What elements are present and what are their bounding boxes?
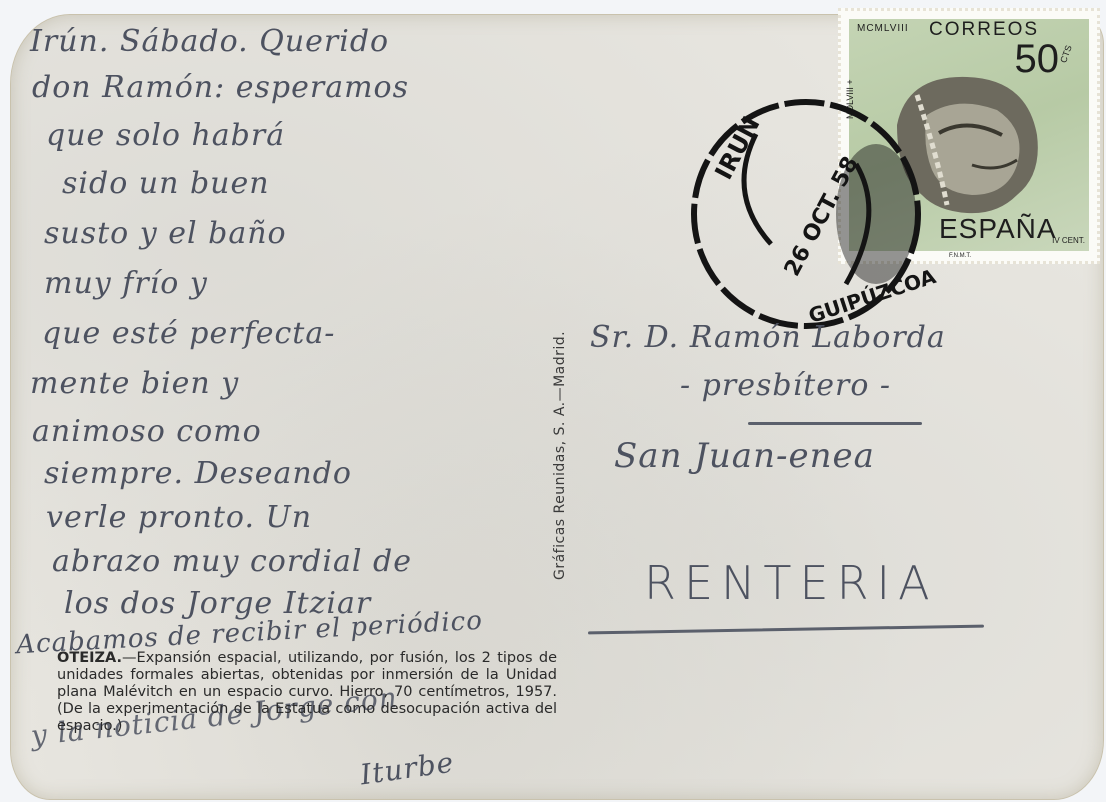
message-line: muy frío y [44,266,208,301]
caption-text: —Expansión espacial, utilizando, por fus… [57,650,557,734]
message-line: animoso como [32,414,262,449]
stamp-cent: IV CENT. [1052,236,1085,245]
address-house: San Juan-enea [614,436,875,476]
stamp-printer: F.N.M.T. [949,253,971,259]
artwork-caption: OTEIZA.—Expansión espacial, utilizando, … [57,650,557,735]
message-line: siempre. Deseando [44,456,352,491]
message-line: don Ramón: esperamos [32,70,409,105]
message-line: mente bien y [30,366,239,401]
message-line: sido un buen [62,166,270,201]
message-line: que solo habrá [46,118,285,153]
caption-lead: OTEIZA. [57,650,122,666]
address-underline [748,422,922,425]
printer-credit: Gráficas Reunidas, S. A.—Madrid. [552,331,568,580]
stamp-year: MCMLVIII [857,23,909,34]
stamp-country: ESPAÑA [939,213,1057,245]
message-line: que esté perfecta- [42,316,335,351]
address-city: RENTERIA [644,556,938,610]
message-line: abrazo muy cordial de [52,544,412,579]
message-line: Irún. Sábado. Querido [30,24,389,59]
address-recipient: Sr. D. Ramón Laborda [590,320,946,355]
postmark: IRUN 26 OCT. 58 GUIPÚZCOA [686,94,926,334]
message-line: susto y el baño [44,216,287,251]
address-title: - presbítero - [680,368,891,403]
stamp-unit: CTS [1058,44,1074,64]
message-line: verle pronto. Un [46,500,312,535]
